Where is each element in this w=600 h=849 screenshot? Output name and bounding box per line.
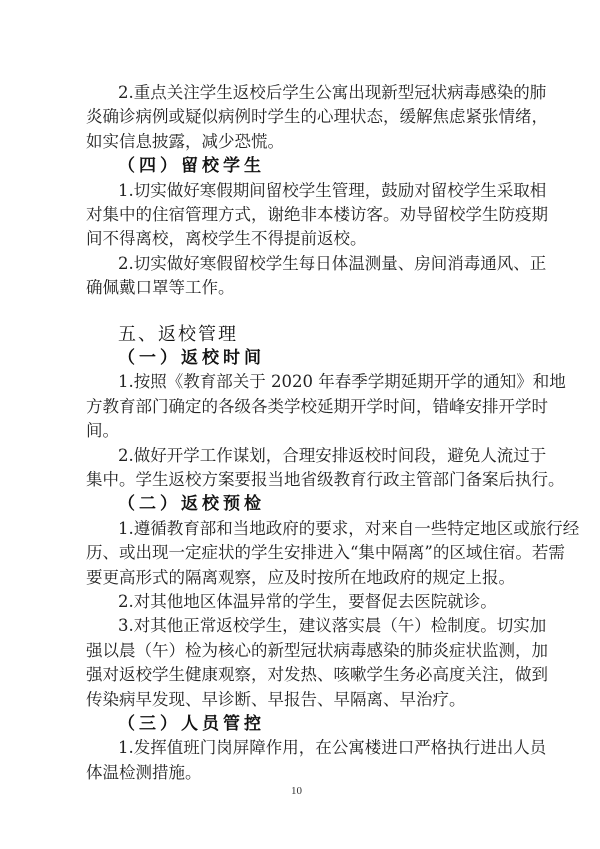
section-heading: 五、返校管理 [118, 323, 512, 347]
paragraph-line: 1.遵循教育部和当地政府的要求，对来自一些特定地区或旅行经 [118, 517, 512, 541]
paragraph-line: 集中。学生返校方案要报当地省级教育行政主管部门备案后执行。 [86, 468, 512, 492]
paragraph-line: 确佩戴口罩等工作。 [86, 276, 512, 300]
paragraph-line: 3.对其他正常返校学生，建议落实晨（午）检制度。切实加 [118, 614, 512, 638]
subsection-heading: （三）人员管控 [118, 712, 512, 736]
paragraph-line: 间。 [86, 419, 512, 443]
paragraph-line: 1.切实做好寒假期间留校学生管理，鼓励对留校学生采取相 [118, 179, 512, 203]
paragraph-line: 2.切实做好寒假留校学生每日体温测量、房间消毒通风、正 [118, 252, 512, 276]
paragraph-line: 间不得离校，离校学生不得提前返校。 [86, 227, 512, 251]
subsection-heading: （四）留校学生 [118, 154, 512, 178]
subsection-heading: （二）返校预检 [118, 492, 512, 516]
paragraph-line: 强以晨（午）检为核心的新型冠状病毒感染的肺炎症状监测，加 [86, 639, 512, 663]
paragraph-line: 体温检测措施。 [86, 761, 512, 785]
paragraph-line: 1.按照《教育部关于 2020 年春季学期延期开学的通知》和地 [118, 370, 512, 394]
subsection-heading: （一）返校时间 [118, 346, 512, 370]
page-number: 10 [291, 785, 302, 797]
paragraph-line: 如实信息披露，减少恐慌。 [86, 130, 512, 154]
paragraph-line: 强对返校学生健康观察，对发热、咳嗽学生务必高度关注，做到 [86, 663, 512, 687]
paragraph-line: 历、或出现一定症状的学生安排进入“集中隔离”的区域住宿。若需 [86, 541, 512, 565]
paragraph-line: 2.对其他地区体温异常的学生，要督促去医院就诊。 [118, 590, 512, 614]
paragraph-line: 对集中的住宿管理方式，谢绝非本楼访客。劝导留校学生防疫期 [86, 203, 512, 227]
paragraph-line: 1.发挥值班门岗屏障作用，在公寓楼进口严格执行进出人员 [118, 736, 512, 760]
paragraph-line: 炎确诊病例或疑似病例时学生的心理状态，缓解焦虑紧张情绪， [86, 105, 512, 129]
paragraph-line: 方教育部门确定的各级各类学校延期开学时间，错峰安排开学时 [86, 395, 512, 419]
paragraph-line: 2.重点关注学生返校后学生公寓出现新型冠状病毒感染的肺 [118, 81, 512, 105]
paragraph-line: 要更高形式的隔离观察，应及时按所在地政府的规定上报。 [86, 566, 512, 590]
paragraph-line: 传染病早发现、早诊断、早报告、早隔离、早治疗。 [86, 688, 512, 712]
paragraph-line: 2.做好开学工作谋划，合理安排返校时间段，避免人流过于 [118, 444, 512, 468]
